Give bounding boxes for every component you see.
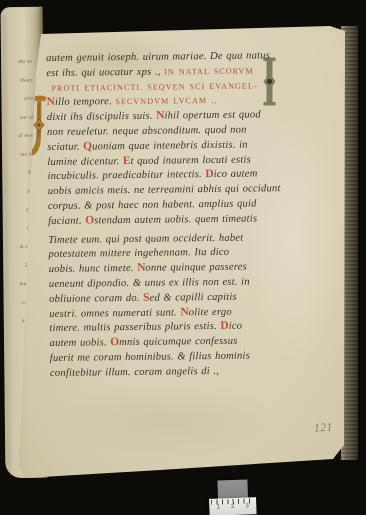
text-segment: faciant. <box>48 215 85 226</box>
text-segment: O <box>85 214 94 226</box>
margin-fragment: dm oz <box>18 59 32 65</box>
text-segment: D <box>205 168 213 180</box>
ruler-digits: 123 <box>211 503 254 510</box>
color-calibration-target: 123 <box>208 479 256 515</box>
parchment-stain <box>60 380 280 460</box>
margin-fragment: eriz <box>24 96 33 102</box>
text-segment: ico <box>229 321 243 332</box>
text-segment: dixit ihs discipulis suis. <box>47 111 156 123</box>
text-segment: obliuione coram do. <box>49 293 143 305</box>
text-segment: incubiculis. praedicabitur intectis. <box>47 169 205 182</box>
text-block: autem genuit ioseph. uirum mariae. De qu… <box>46 47 326 380</box>
text-segment: N <box>156 110 164 122</box>
text-segment: ico autem <box>214 169 258 181</box>
text-segment: stendam autem uobis. quem timeatis <box>94 213 257 226</box>
text-segment: SECVNDVM LVCAM ., <box>115 96 217 106</box>
parchment-page: I I autem genuit ioseph. uirum mariae. D… <box>0 0 366 515</box>
text-segment: uobis. hunc timete. <box>49 263 138 275</box>
text-segment: Q <box>83 140 92 152</box>
text-segment: IN NATAL SCORVM <box>164 66 254 76</box>
text-segment: sciatur. <box>47 141 83 152</box>
text-segment: mnis quicumque confessus <box>119 336 238 348</box>
text-segment: PROTI ETIACINCTI. SEQVEN SCI EVANGEL- <box>51 81 257 93</box>
text-segment: autem uobis. <box>50 337 111 349</box>
text-line: faciant. Ostendam autem uobis. quem time… <box>48 209 324 227</box>
text-segment: ihil opertum est quod <box>164 110 260 122</box>
text-line: confitebitur illum. coram angelis di ., <box>50 361 326 379</box>
text-segment: O <box>110 336 119 348</box>
margin-fragment: nur al <box>19 114 34 120</box>
margin-fragment: al mod <box>18 133 34 139</box>
ruler-digit: 3 <box>245 503 249 509</box>
gray-patch <box>217 479 248 499</box>
text-segment: est ihs. qui uocatur xps ., <box>46 66 164 78</box>
text-segment: illo tempore. <box>55 97 116 109</box>
manuscript-photo: dm ozrborzeriznur alal modmo bubu'ngdum … <box>0 0 366 515</box>
text-segment: olite ergo <box>189 306 232 318</box>
ruler-digit: 2 <box>231 504 235 510</box>
ruler-digit: 1 <box>217 504 221 510</box>
folio-number: 121 <box>314 421 334 434</box>
text-segment: onne quinque passeres <box>145 262 247 274</box>
text-segment: confitebitur illum. coram angelis di ., <box>50 366 219 379</box>
margin-fragment: rborz <box>20 77 33 83</box>
scale-ruler: 123 <box>209 497 257 515</box>
text-segment: uestri. omnes numerati sunt. <box>49 307 180 320</box>
text-segment: t quod inaurem locuti estis <box>130 154 251 166</box>
text-segment: fuerit me coram hominibus. & filius homi… <box>50 350 250 363</box>
text-segment: lumine dicentur. <box>47 156 123 168</box>
text-segment: N <box>137 262 145 274</box>
text-segment: uoniam quae intenebris dixistis. in <box>92 139 248 152</box>
text-segment: N <box>180 306 188 318</box>
text-segment: ed & capilli capitis <box>149 291 236 303</box>
